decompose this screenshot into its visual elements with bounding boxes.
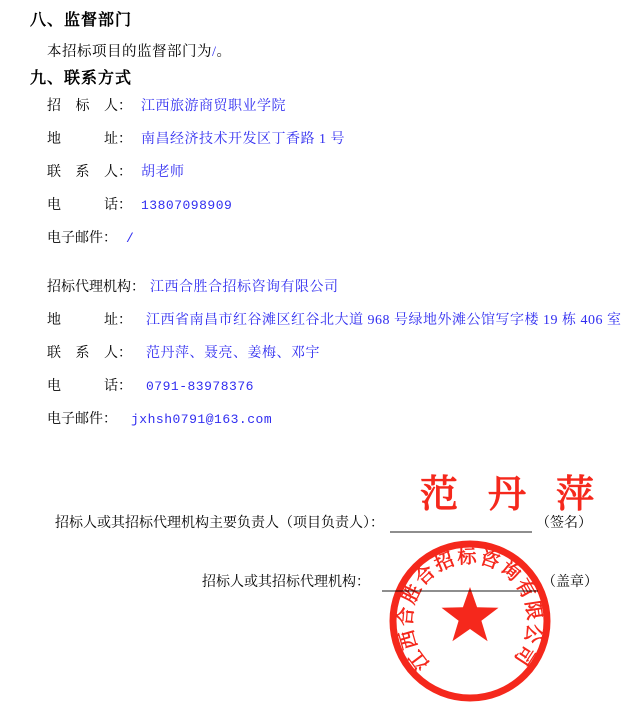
field-row-tenderer-email: 电子邮件：/	[47, 229, 625, 249]
field-label: 电话	[47, 377, 118, 397]
label-colon: ：	[118, 377, 132, 397]
label-colon: ：	[118, 196, 132, 216]
field-value: jxhsh0791@163.com	[131, 412, 272, 427]
tenderer-contact-block: 招标人：江西旅游商贸职业学院 地址：南昌经济技术开发区丁香路 1 号 联系人：胡…	[0, 97, 625, 249]
field-label: 地址	[47, 311, 118, 331]
signature-line-text: 招标人或其招标代理机构主要负责人（项目负责人）：	[55, 516, 384, 531]
field-row-tenderer-name: 招标人：江西旅游商贸职业学院	[47, 97, 625, 117]
field-row-agency-address: 地址：江西省南昌市红谷滩区红谷北大道 968 号绿地外滩公馆写字楼 19 栋 4…	[47, 311, 625, 331]
field-label: 电子邮件	[47, 229, 103, 249]
label-colon: ：	[103, 229, 117, 249]
field-label: 电话	[47, 196, 118, 216]
field-value: 江西省南昌市红谷滩区红谷北大道 968 号绿地外滩公馆写字楼 19 栋 406 …	[146, 313, 622, 328]
field-row-agency-email: 电子邮件：jxhsh0791@163.com	[47, 410, 625, 430]
field-value: 胡老师	[141, 165, 185, 180]
field-value: 范丹萍、聂亮、姜梅、邓宇	[146, 346, 320, 361]
label-colon: ：	[118, 344, 132, 364]
field-row-tenderer-address: 地址：南昌经济技术开发区丁香路 1 号	[47, 130, 625, 150]
field-value: 13807098909	[141, 198, 232, 213]
field-row-tenderer-phone: 电话：13807098909	[47, 196, 625, 216]
name-signature-stamp: 范丹萍	[420, 474, 624, 516]
label-colon: ：	[131, 278, 145, 298]
field-row-agency-name: 招标代理机构：江西合胜合招标咨询有限公司	[47, 278, 625, 298]
field-value: 0791-83978376	[146, 379, 254, 394]
label-colon: ：	[118, 130, 132, 150]
field-label: 联系人	[47, 163, 118, 183]
field-label: 招标代理机构	[47, 278, 131, 298]
field-label: 联系人	[47, 344, 118, 364]
field-value: 南昌经济技术开发区丁香路 1 号	[141, 132, 345, 147]
field-label: 地址	[47, 130, 118, 150]
signature-line-project-leader: 招标人或其招标代理机构主要负责人（项目负责人）：（签名）	[55, 514, 592, 533]
signature-line-suffix: （签名）	[536, 516, 592, 531]
agency-contact-block: 招标代理机构：江西合胜合招标咨询有限公司 地址：江西省南昌市红谷滩区红谷北大道 …	[0, 278, 625, 430]
field-row-agency-contact-person: 联系人：范丹萍、聂亮、姜梅、邓宇	[47, 344, 625, 364]
label-colon: ：	[118, 311, 132, 331]
section-heading-supervision: 八、监督部门	[30, 0, 625, 31]
supervision-text-prefix: 本招标项目的监督部门为	[47, 44, 212, 60]
field-label: 招标人	[47, 97, 118, 117]
signature-underline	[390, 516, 532, 533]
supervision-paragraph: 本招标项目的监督部门为/。	[47, 43, 625, 61]
star-icon	[442, 587, 499, 641]
label-colon: ：	[103, 410, 117, 430]
field-value: 江西旅游商贸职业学院	[141, 99, 286, 114]
supervision-text-suffix: 。	[217, 44, 232, 60]
label-colon: ：	[118, 163, 132, 183]
field-row-tenderer-contact-person: 联系人：胡老师	[47, 163, 625, 183]
field-label: 电子邮件	[47, 410, 103, 430]
field-row-agency-phone: 电话：0791-83978376	[47, 377, 625, 397]
section-heading-contact: 九、联系方式	[30, 69, 625, 89]
field-value: /	[126, 231, 134, 246]
field-value: 江西合胜合招标咨询有限公司	[150, 280, 339, 295]
label-colon: ：	[118, 97, 132, 117]
document-page: 八、监督部门 本招标项目的监督部门为/。 九、联系方式 招标人：江西旅游商贸职业…	[0, 0, 625, 711]
company-seal-stamp: 江西合胜合招标咨询有限公司	[385, 536, 555, 706]
seal-graphic: 江西合胜合招标咨询有限公司	[385, 536, 555, 706]
signature-line-text: 招标人或其招标代理机构：	[202, 575, 370, 590]
